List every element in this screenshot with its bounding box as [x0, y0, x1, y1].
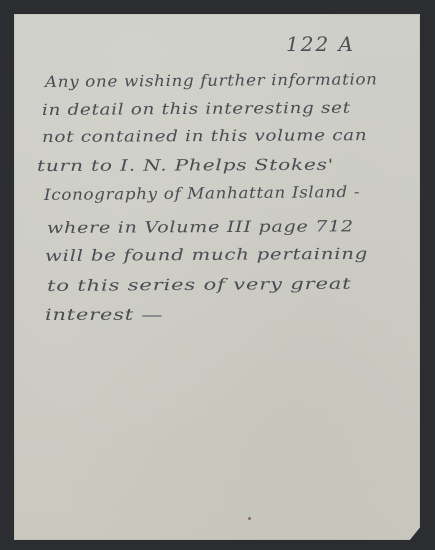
text-line-9: interest — — [45, 306, 163, 324]
text-line-4: turn to I. N. Phelps Stokes' — [37, 156, 334, 175]
page-number: 122 A — [286, 32, 355, 56]
text-line-8: to this series of very great — [47, 275, 352, 295]
scan-background: 122 A Any one wishing further informatio… — [0, 0, 435, 550]
text-line-1: Any one wishing further information — [45, 70, 378, 91]
text-line-2: in detail on this interesting set — [42, 99, 351, 119]
text-line-3: not contained in this volume can — [42, 126, 368, 146]
text-line-5: Iconography of Manhattan Island - — [44, 183, 360, 204]
paper-sheet: 122 A Any one wishing further informatio… — [14, 14, 420, 540]
text-line-6: where in Volume III page 712 — [47, 217, 354, 237]
text-line-7: will be found much pertaining — [45, 245, 368, 265]
paper-blemish — [248, 517, 251, 520]
